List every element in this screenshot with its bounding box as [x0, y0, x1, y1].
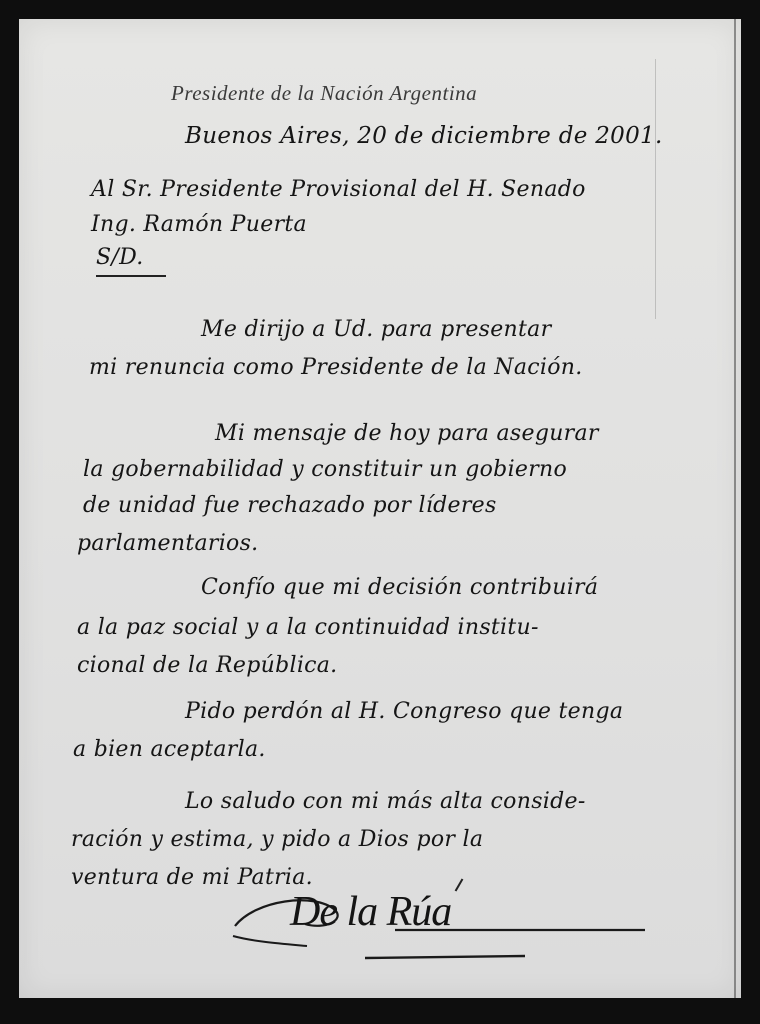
paragraph-2-line-1: Mi mensaje de hoy para asegurar: [215, 421, 599, 446]
addressee-line-1: Al Sr. Presidente Provisional del H. Sen…: [91, 177, 586, 202]
paragraph-1-line-1: Me dirijo a Ud. para presentar: [201, 317, 551, 342]
addressee-line-2: Ing. Ramón Puerta: [91, 212, 307, 237]
page-edge-line: [734, 19, 736, 998]
paragraph-3-line-3: cional de la República.: [77, 653, 337, 678]
signature: De la Rúa: [215, 880, 655, 960]
fold-line: [655, 59, 656, 319]
paragraph-2-line-4: parlamentarios.: [77, 531, 258, 556]
signature-text: De la Rúa: [290, 888, 451, 936]
paragraph-3-line-2: a la paz social y a la continuidad insti…: [77, 615, 539, 640]
paragraph-3-line-1: Confío que mi decisión contribuirá: [201, 575, 598, 600]
place-date: Buenos Aires, 20 de diciembre de 2001.: [185, 123, 663, 149]
addressee-underline: [96, 275, 166, 277]
paragraph-5-line-2: ración y estima, y pido a Dios por la: [71, 827, 483, 852]
paragraph-4-line-1: Pido perdón al H. Congreso que tenga: [185, 699, 623, 724]
paragraph-1-line-2: mi renuncia como Presidente de la Nación…: [89, 355, 583, 380]
paragraph-2-line-2: la gobernabilidad y constituir un gobier…: [83, 457, 567, 482]
paragraph-5-line-1: Lo saludo con mi más alta conside-: [185, 789, 586, 814]
letter-page: Presidente de la Nación Argentina Buenos…: [19, 19, 741, 998]
addressee-line-3: S/D.: [96, 245, 144, 270]
paragraph-4-line-2: a bien aceptarla.: [73, 737, 266, 762]
paragraph-2-line-3: de unidad fue rechazado por líderes: [83, 493, 497, 518]
letterhead: Presidente de la Nación Argentina: [171, 81, 477, 106]
